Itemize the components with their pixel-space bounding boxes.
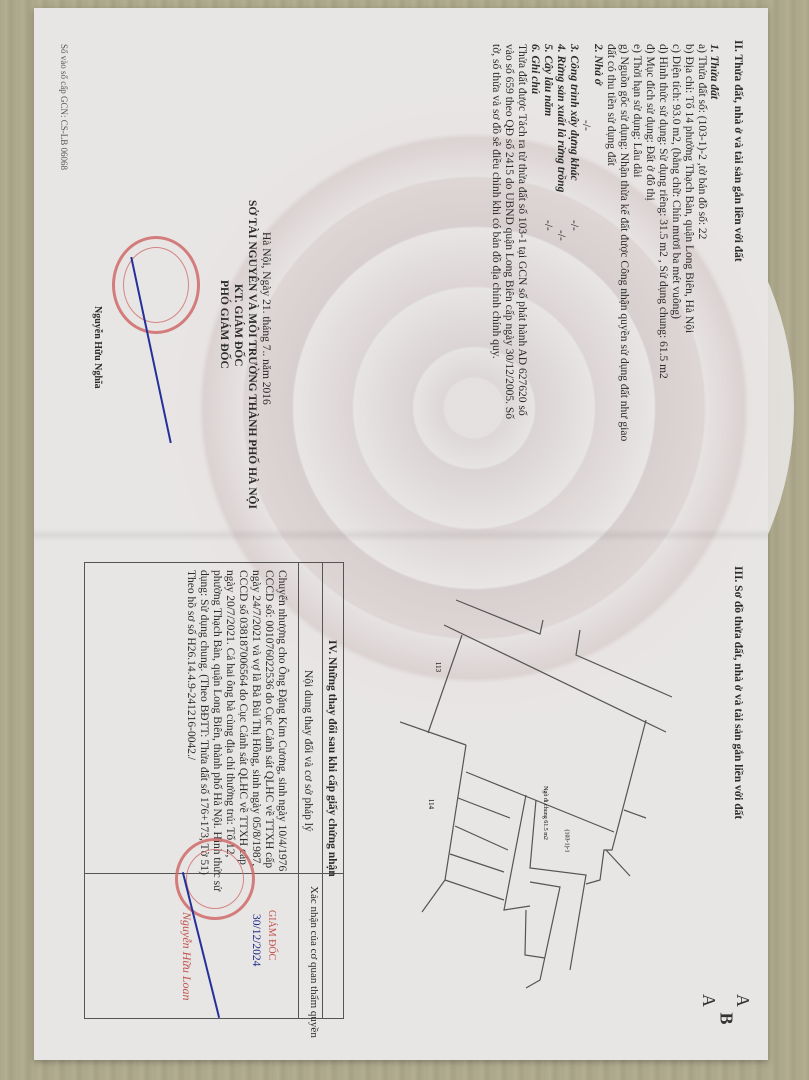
note-line-2: vào sổ 659 theo QĐ số 2415 do UBND quận … — [502, 44, 516, 419]
land-usage-form: d) Hình thức sử dụng: Sử dụng riêng: 31.… — [656, 44, 670, 379]
note-title: 6. Ghi chú — [528, 44, 542, 94]
north-arrow-a: A — [732, 994, 753, 1007]
kt-title: KT. GIÁM ĐỐC — [231, 284, 245, 367]
forest-value: -/- — [554, 230, 568, 241]
section2-title: II. Thửa đất, nhà ở và tài sản gắn liền … — [731, 40, 745, 262]
district-red-seal — [175, 838, 255, 920]
map-label-common-path: Ngõ đi chung 61.5 m2 — [542, 786, 548, 840]
confirmation-date: 30/12/2024 — [249, 914, 263, 966]
col-header-changes: Nội dung thay đổi và cơ sở pháp lý — [301, 670, 315, 832]
section4-title: IV. Những thay đổi sau khi cấp giấy chứn… — [325, 640, 339, 877]
parcel-map — [400, 550, 780, 1030]
confirmation-role: GIÁM ĐỐC — [265, 910, 279, 960]
issuing-agency: SỞ TÀI NGUYÊN VÀ MÔI TRƯỜNG THÀNH PHỐ HÀ… — [245, 200, 259, 509]
map-label-113: 113 — [434, 662, 442, 672]
other-construction-value: -/- — [567, 220, 581, 231]
red-official-seal — [112, 236, 200, 334]
role-title: PHÓ GIÁM ĐỐC — [217, 280, 231, 369]
note-line-3: tờ, số thửa và sơ đồ sẽ điều chỉnh khi c… — [489, 44, 503, 359]
land-parcel-number: a) Thửa đất số: (103-1)-2 ,tờ bản đồ số:… — [695, 44, 709, 239]
perennial-label: 5. Cây lâu năm — [541, 44, 555, 116]
change-entry-line-4: CCCD số 038187006564 do Cục Cảnh sát QLH… — [236, 570, 250, 865]
house-value: -/- — [579, 120, 593, 131]
change-entry-line-1: Chuyển nhượng cho Ông Đặng Kim Cương, si… — [275, 570, 289, 871]
land-origin: g) Nguồn gốc sử dụng: Nhận thừa kế đất đ… — [617, 44, 631, 441]
other-construction-label: 3. Công trình xây dựng khác — [567, 44, 581, 181]
change-entry-line-3: ngày 24/7/2021 và vợ là Bà Bùi Thị Hồng,… — [249, 570, 263, 866]
land-address: b) Địa chỉ: Tổ 14 phường Thạch Bàn, quận… — [682, 44, 696, 333]
change-entry-line-5: ngày 20/7/2021. Cả hai ông bà cùng địa c… — [223, 570, 237, 857]
house-label: 2. Nhà ở — [591, 44, 605, 85]
land-purpose: đ) Mục đích sử dụng: Đất ở đô thị — [643, 44, 657, 201]
change-entry-line-2: CCCD số: 001076022536 do Cục Cảnh sát QL… — [262, 570, 276, 868]
north-arrow-b: B — [716, 1012, 737, 1024]
land-origin-cont: đất có thu tiền sử dụng đất — [604, 44, 618, 166]
map-label-114: 114 — [427, 799, 435, 809]
change-entry-line-7: dụng: Sử dụng chung. (Theo BĐTT: Thửa đấ… — [197, 570, 211, 875]
forest-label: 4. Rừng sản xuất là rừng trồng — [554, 44, 568, 192]
confirmation-signer: Nguyễn Hữu Loan — [179, 912, 194, 1001]
change-entry-line-8: Theo hồ sơ số H26.14.4.9-241216-0042./ — [184, 570, 198, 760]
note-line-1: Thửa đất được Tách ra từ thửa đất số 103… — [515, 44, 529, 416]
register-number: Số vào sổ cấp GCN: CS-LB 06068 — [57, 44, 71, 170]
perennial-value: -/- — [541, 220, 555, 231]
map-label-parcel-1: (103-1)-1 — [564, 830, 570, 853]
north-arrow-a2: A — [698, 994, 719, 1007]
land-area: c) Diện tích: 93.0 m2, (bằng chữ: Chín m… — [669, 44, 683, 319]
section2-subtitle-land: 1. Thửa đất — [707, 44, 721, 99]
land-term: e) Thời hạn sử dụng: Lâu dài — [630, 44, 644, 177]
signer-name: Nguyễn Hữu Nghĩa — [91, 306, 105, 389]
issue-date: Hà Nội, Ngày 21. tháng 7.. năm 2016 — [259, 232, 273, 405]
col-header-confirmation: Xác nhận của cơ quan thẩm quyền — [307, 886, 321, 1038]
